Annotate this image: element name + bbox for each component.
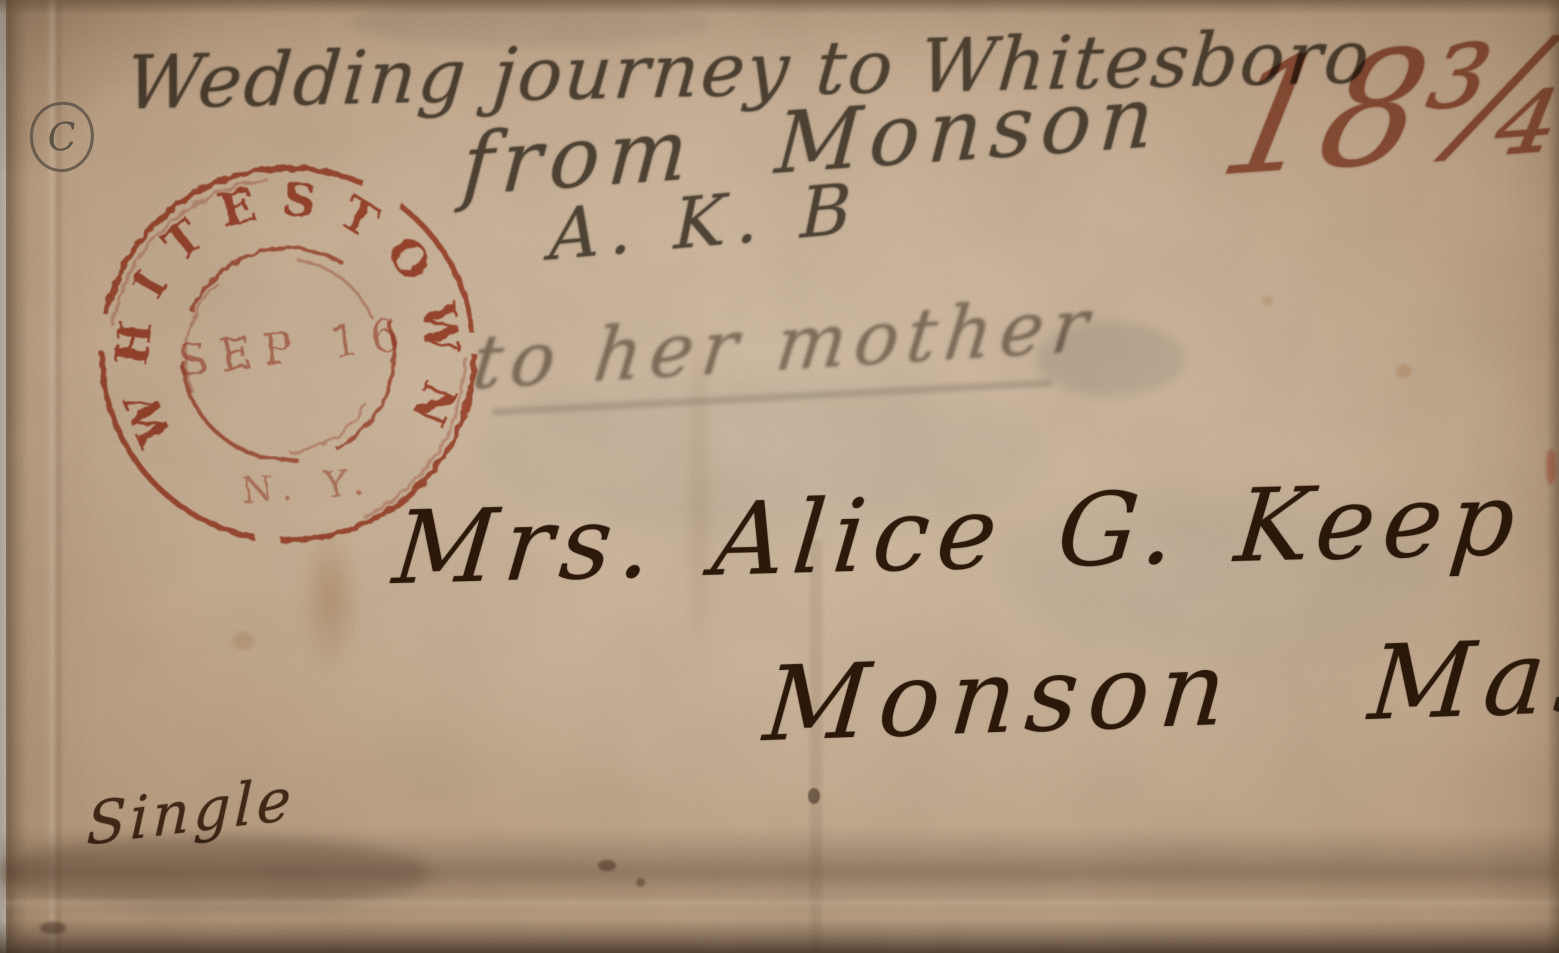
paper-edge-bottom (0, 919, 1559, 953)
scan-vignette (0, 0, 1559, 953)
envelope-scan: { "envelope": { "collector_mark": "C", "… (0, 0, 1559, 953)
